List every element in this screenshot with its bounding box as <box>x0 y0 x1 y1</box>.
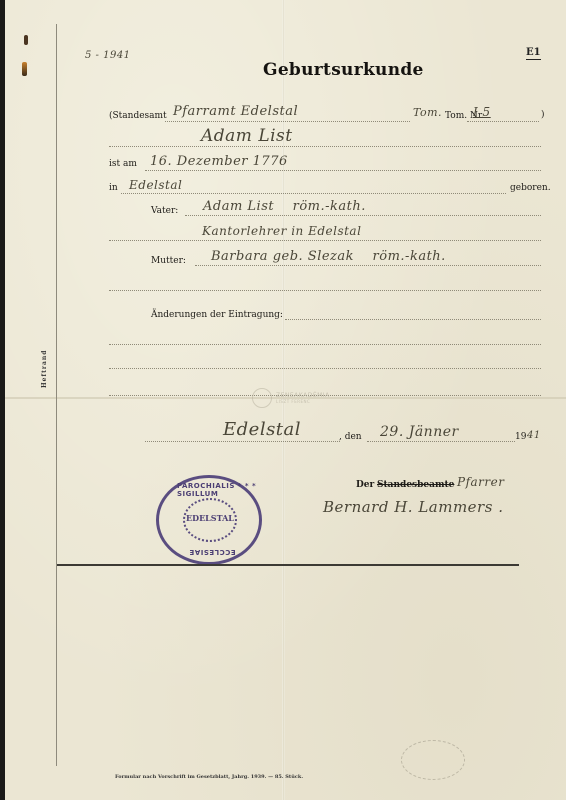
seal-center-text: EDELSTAL <box>185 513 235 523</box>
dotted-line <box>185 215 541 216</box>
document-title: Geburtsurkunde <box>263 60 424 80</box>
form-footer: Formular nach Vorschrift im Gesetzblatt,… <box>115 774 303 780</box>
signature-divider <box>57 564 519 566</box>
issuance-date: 29. Jänner <box>380 424 459 440</box>
child-name: Adam List <box>201 126 293 146</box>
seal-bottom-text: ECCLESIAE <box>189 548 236 556</box>
dotted-line <box>145 441 340 442</box>
birth-date: 16. Dezember 1776 <box>150 154 288 169</box>
registry-office-value: Pfarramt Edelstal <box>173 104 298 119</box>
dotted-line <box>145 170 541 171</box>
rust-stain <box>22 62 27 76</box>
date-label: ist am <box>109 159 137 169</box>
dotted-line <box>109 344 541 345</box>
seal-top-text: PAROCHIALIS * * * SIGILLUM <box>177 482 259 498</box>
dotted-line <box>285 319 541 320</box>
watermark-subtext: LISZT FERENC <box>276 399 330 404</box>
academy-logo-icon <box>252 388 272 408</box>
dotted-line <box>109 146 541 147</box>
father-occupation: Kantorlehrer in Edelstal <box>202 224 361 238</box>
binding-margin-line <box>56 24 57 766</box>
dotted-line <box>109 240 541 241</box>
dotted-line <box>121 193 506 194</box>
registry-office-label: (Standesamt <box>109 111 167 121</box>
dotted-line <box>109 290 541 291</box>
file-number: 5 - 1941 <box>85 50 131 61</box>
year-prefix: 19 <box>515 432 526 442</box>
faded-archive-stamp <box>401 740 465 780</box>
signature-name: Bernard H. Lammers . <box>323 498 503 516</box>
dotted-line <box>195 265 541 266</box>
born-label: geboren. <box>510 183 551 193</box>
binding-margin-label: Heftrand <box>41 348 53 388</box>
father-label: Vater: <box>151 206 178 216</box>
archive-watermark: ZENEAKADÉMIA LISZT FERENC <box>252 388 330 408</box>
birth-place: Edelstal <box>129 178 182 192</box>
dotted-line <box>367 441 515 442</box>
volume-value: I 5 <box>473 105 491 119</box>
birth-certificate-page: Heftrand 5 - 1941 Geburtsurkunde E1 (Sta… <box>5 0 566 800</box>
den-label: , den <box>339 432 362 442</box>
year-suffix: 41 <box>527 430 541 441</box>
dotted-line <box>109 368 541 369</box>
parish-seal: PAROCHIALIS * * * SIGILLUM EDELSTAL ECCL… <box>156 475 262 565</box>
mother-name: Barbara geb. Slezak röm.-kath. <box>211 249 446 264</box>
signatory-prefix: Der <box>356 480 374 490</box>
registry-close-paren: ) <box>541 110 545 120</box>
rust-stain <box>24 35 28 45</box>
dotted-line <box>467 121 539 122</box>
signatory-title-replacement: Pfarrer <box>457 475 504 489</box>
father-name: Adam List röm.-kath. <box>203 199 366 214</box>
signatory-title-struck: Standesbeamte <box>377 480 454 490</box>
seal-inner-ring: EDELSTAL <box>183 498 237 542</box>
volume-prefix: Tom. <box>413 106 442 119</box>
place-label: in <box>109 183 118 193</box>
dotted-line <box>165 121 410 122</box>
watermark-text: ZENEAKADÉMIA <box>276 392 330 399</box>
issuance-place: Edelstal <box>223 419 301 440</box>
mother-label: Mutter: <box>151 256 186 266</box>
changes-label: Änderungen der Eintragung: <box>151 310 283 320</box>
form-code: E1 <box>526 47 541 60</box>
